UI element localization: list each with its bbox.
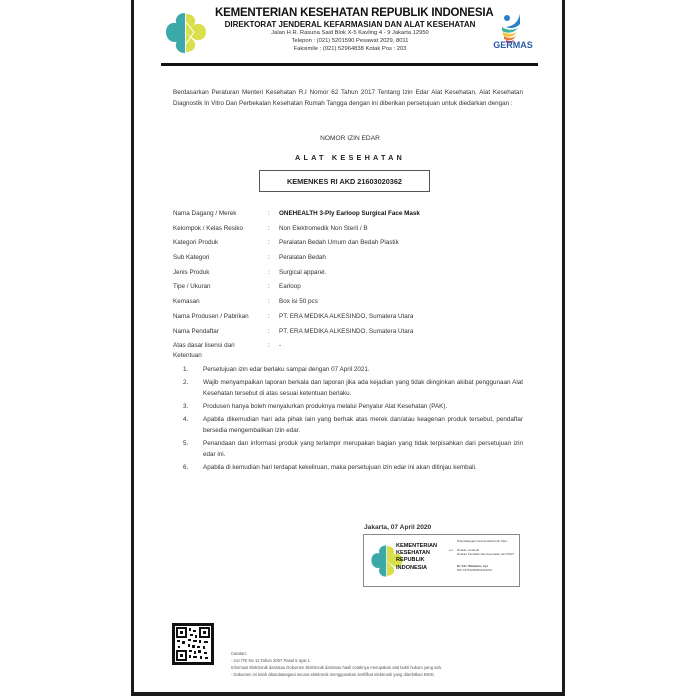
provision-number: 1. xyxy=(183,364,188,375)
permit-heading: NOMOR IZIN EDAR xyxy=(250,135,450,142)
permit-number: KEMENKES RI AKD 21603020362 xyxy=(287,177,402,186)
field-label: Sub Kategori xyxy=(173,254,209,261)
field-value: - xyxy=(279,342,281,349)
field-value: Earloop xyxy=(279,283,301,290)
field-value: Box isi 50 pcs xyxy=(279,298,318,305)
note-line: - UU ITE No 11 Tahun 2007 Pasal 5 ayat 1 xyxy=(231,657,442,664)
permit-number-box: KEMENKES RI AKD 21603020362 xyxy=(259,170,430,192)
on-behalf: a.n. xyxy=(449,548,454,552)
footer-notes: Catatan: - UU ITE No 11 Tahun 2007 Pasal… xyxy=(231,650,442,678)
provision-number: 6. xyxy=(183,462,188,473)
field-colon: : xyxy=(268,328,270,335)
notes-title: Catatan: xyxy=(231,650,442,657)
org-line: KESEHATAN xyxy=(396,550,437,557)
org-line: INDONESIA xyxy=(396,565,437,572)
provision-text: Apabila dikemudian hari ada pihak lain y… xyxy=(203,414,523,436)
field-row-manufacturer: Nama Produsen / Pabrikan : PT. ERA MEDIK… xyxy=(173,313,533,328)
provisions-list: 1. Persetujuan izin edar berlaku sampai … xyxy=(183,364,523,474)
signature-org: KEMENTERIAN KESEHATAN REPUBLIK INDONESIA xyxy=(396,543,437,572)
signer-info: Ditandatangani Secara Elektronik Oleh : … xyxy=(457,539,519,572)
product-fields: Nama Dagang / Merek : ONEHEALTH 3-Ply Ea… xyxy=(173,210,533,357)
field-label: Nama Pendaftar xyxy=(173,328,219,335)
provision-number: 3. xyxy=(183,401,188,412)
provision-number: 4. xyxy=(183,414,188,425)
field-colon: : xyxy=(268,254,270,261)
field-label: Nama Dagang / Merek xyxy=(173,210,236,217)
provision-text: Apabila di kemudian hari terdapat kekeli… xyxy=(203,462,523,473)
signer-title-1: Direktur Jenderal xyxy=(457,548,479,552)
field-value: ONEHEALTH 3-Ply Earloop Surgical Face Ma… xyxy=(279,210,420,217)
provision-item: 6. Apabila di kemudian hari terdapat kek… xyxy=(183,462,523,473)
ministry-title: KEMENTERIAN KESEHATAN REPUBLIK INDONESIA xyxy=(215,7,485,19)
field-row-registrant: Nama Pendaftar : PT. ERA MEDIKA ALKESIND… xyxy=(173,328,533,343)
field-label: Kemasan xyxy=(173,298,200,305)
field-row-packaging: Kemasan : Box isi 50 pcs xyxy=(173,298,533,313)
field-colon: : xyxy=(268,239,270,246)
fax: Faksimile : (021) 52964838 Kotak Pos : 2… xyxy=(215,46,485,52)
field-colon: : xyxy=(268,298,270,305)
kemenkes-logo-icon xyxy=(163,10,209,56)
signer-title-2: Direktur Penilaian Alat Kesehatan dan PK… xyxy=(457,552,519,556)
field-label: Tipe / Ukuran xyxy=(173,283,211,290)
provision-item: 4. Apabila dikemudian hari ada pihak lai… xyxy=(183,414,523,436)
germas-label: GERMAS xyxy=(485,40,541,50)
provision-item: 1. Persetujuan izin edar berlaku sampai … xyxy=(183,364,523,375)
field-colon: : xyxy=(268,342,270,349)
header-divider xyxy=(161,63,538,66)
field-colon: : xyxy=(268,225,270,232)
qr-code-icon xyxy=(172,623,214,665)
field-value: Peralatan Bedah Umum dan Bedah Plastik xyxy=(279,239,399,246)
place-date: Jakarta, 07 April 2020 xyxy=(364,524,431,531)
provision-text: Produsen hanya boleh menyalurkan produkn… xyxy=(203,401,523,412)
provision-item: 5. Penandaan dan informasi produk yang t… xyxy=(183,438,523,460)
field-colon: : xyxy=(268,210,270,217)
field-value: Non Elektromedik Non Steril / B xyxy=(279,225,368,232)
field-colon: : xyxy=(268,313,270,320)
provision-item: 2. Wajib menyampaikan laporan berkala da… xyxy=(183,377,523,399)
provision-number: 2. xyxy=(183,377,188,388)
provision-text: Penandaan dan informasi produk yang terl… xyxy=(203,438,523,460)
signer-nip: NIP. 197512282003121001 xyxy=(457,568,519,572)
provision-text: Wajib menyampaikan laporan berkala dan l… xyxy=(203,377,523,399)
permit-category: ALAT KESEHATAN xyxy=(250,153,450,162)
provision-item: 3. Produsen hanya boleh menyalurkan prod… xyxy=(183,401,523,412)
note-line: - Dokumen ini telah ditandatangani secar… xyxy=(231,671,442,678)
field-label: Jenis Produk xyxy=(173,269,209,276)
org-line: KEMENTERIAN xyxy=(396,543,437,550)
intro-paragraph: Berdasarkan Peraturan Menteri Kesehatan … xyxy=(173,87,523,109)
provision-number: 5. xyxy=(183,438,188,449)
note-line: Informasi Elektronik dan/atau Dokumen El… xyxy=(231,664,442,671)
field-row-product-type: Jenis Produk : Surgical apparel. xyxy=(173,269,533,284)
field-colon: : xyxy=(268,269,270,276)
field-row-subcategory: Sub Kategori : Peralatan Bedah xyxy=(173,254,533,269)
provision-text: Persetujuan izin edar berlaku sampai den… xyxy=(203,364,523,375)
field-label: Nama Produsen / Pabrikan xyxy=(173,313,249,320)
org-line: REPUBLIK xyxy=(396,557,437,564)
field-row-license: Atas dasar lisensi dari : - xyxy=(173,342,533,357)
telephone: Telepon : (021) 5201590 Pesawat 2029, 80… xyxy=(215,38,485,44)
field-row-brand: Nama Dagang / Merek : ONEHEALTH 3-Ply Ea… xyxy=(173,210,533,225)
electronic-signature-block: KEMENTERIAN KESEHATAN REPUBLIK INDONESIA… xyxy=(363,534,520,587)
field-value: Surgical apparel. xyxy=(279,269,326,276)
field-row-category: Kategori Produk : Peralatan Bedah Umum d… xyxy=(173,239,533,254)
field-label: Kelompok / Kelas Resiko xyxy=(173,225,243,232)
field-value: Peralatan Bedah xyxy=(279,254,326,261)
field-row-risk-class: Kelompok / Kelas Resiko : Non Elektromed… xyxy=(173,225,533,240)
field-value: PT. ERA MEDIKA ALKESINDO, Sumatera Utara xyxy=(279,328,413,335)
directorate-title: DIREKTORAT JENDERAL KEFARMASIAN DAN ALAT… xyxy=(215,20,485,29)
field-value: PT. ERA MEDIKA ALKESINDO, Sumatera Utara xyxy=(279,313,413,320)
address: Jalan H.R. Rasuna Said Blok X-5 Kavling … xyxy=(215,30,485,36)
provisions-heading: Ketentuan xyxy=(173,352,202,359)
field-label: Kategori Produk xyxy=(173,239,218,246)
field-colon: : xyxy=(268,283,270,290)
field-label: Atas dasar lisensi dari xyxy=(173,342,235,349)
germas-logo-icon xyxy=(492,12,532,58)
field-row-type-size: Tipe / Ukuran : Earloop xyxy=(173,283,533,298)
